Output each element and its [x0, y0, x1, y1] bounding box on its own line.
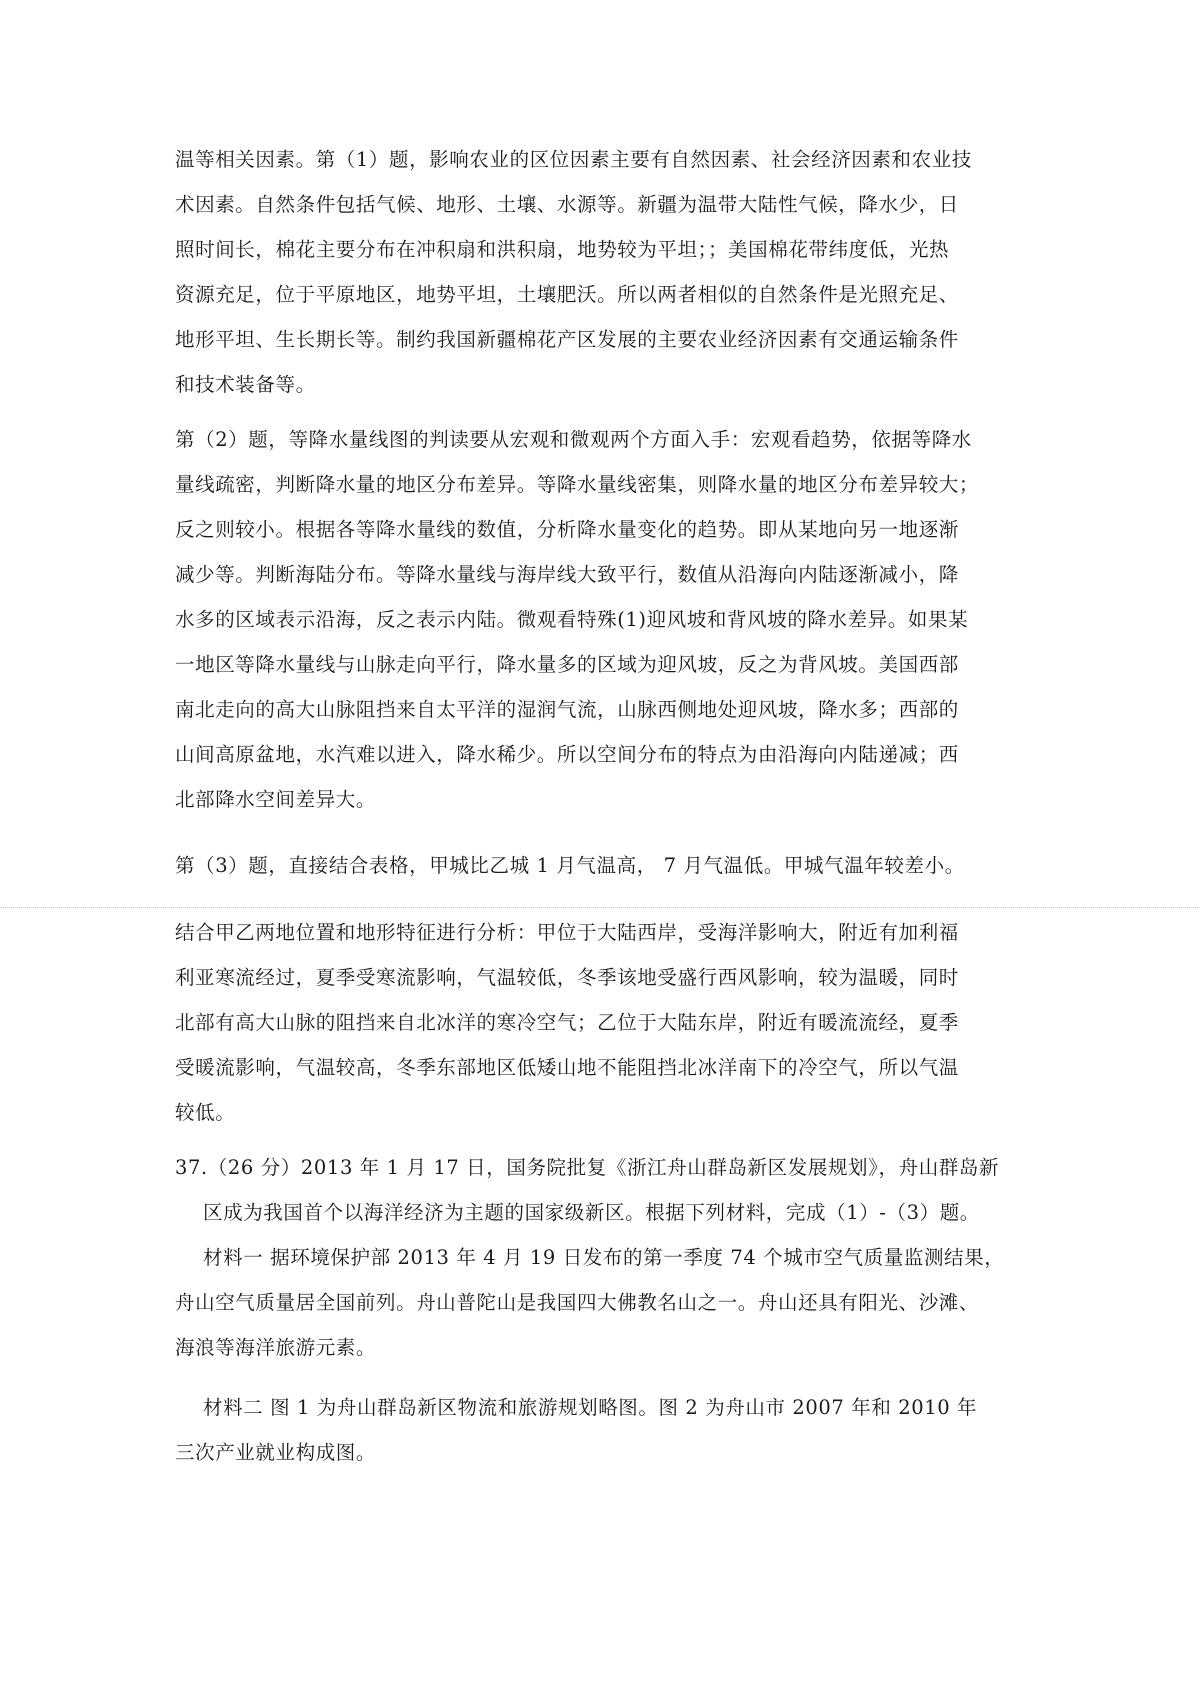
text-line: 材料二 图 1 为舟山群岛新区物流和旅游规划略图。图 2 为舟山市 2007 年… [203, 1395, 977, 1421]
text-line: 水多的区域表示沿海，反之表示内陆。微观看特殊(1)迎风坡和背风坡的降水差异。如果… [175, 607, 968, 633]
text-line: 结合甲乙两地位置和地形特征进行分析：甲位于大陆西岸，受海洋影响大，附近有加利福 [175, 920, 959, 946]
text-line: 山间高原盆地，水汽难以进入，降水稀少。所以空间分布的特点为由沿海向内陆递减；西 [175, 742, 959, 768]
text-line: 量线疏密，判断降水量的地区分布差异。等降水量线密集，则降水量的地区分布差异较大； [175, 472, 979, 498]
text-line: 地形平坦、生长期长等。制约我国新疆棉花产区发展的主要农业经济因素有交通运输条件 [175, 327, 959, 353]
text-line: 三次产业就业构成图。 [175, 1440, 376, 1466]
text-line: 舟山空气质量居全国前列。舟山普陀山是我国四大佛教名山之一。舟山还具有阳光、沙滩、 [175, 1290, 979, 1316]
text-line: 材料一 据环境保护部 2013 年 4 月 19 日发布的第一季度 74 个城市… [203, 1245, 1004, 1271]
text-line: 和技术装备等。 [175, 372, 316, 398]
text-line: 资源充足，位于平原地区，地势平坦，土壤肥沃。所以两者相似的自然条件是光照充足、 [175, 282, 959, 308]
text-line: 减少等。判断海陆分布。等降水量线与海岸线大致平行，数值从沿海向内陆逐渐减小，降 [175, 562, 959, 588]
text-line: 受暖流影响，气温较高，冬季东部地区低矮山地不能阻挡北冰洋南下的冷空气，所以气温 [175, 1055, 959, 1081]
text-line: 照时间长，棉花主要分布在冲积扇和洪积扇，地势较为平坦；；美国棉花带纬度低，光热 [175, 237, 949, 263]
text-line: 较低。 [175, 1100, 235, 1126]
text-line: 第（3）题，直接结合表格，甲城比乙城 1 月气温高， 7 月气温低。甲城气温年较… [175, 853, 965, 879]
page-break-divider [0, 907, 1200, 908]
text-line: 术因素。自然条件包括气候、地形、土壤、水源等。新疆为温带大陆性气候，降水少，日 [175, 192, 959, 218]
question-stem: 37.（26 分）2013 年 1 月 17 日，国务院批复《浙江舟山群岛新区发… [175, 1155, 999, 1181]
text-line: 反之则较小。根据各等降水量线的数值，分析降水量变化的趋势。即从某地向另一地逐渐 [175, 517, 959, 543]
text-line: 北部降水空间差异大。 [175, 787, 376, 813]
text-line: 温等相关因素。第（1）题，影响农业的区位因素主要有自然因素、社会经济因素和农业技 [175, 147, 972, 173]
question-stem: 区成为我国首个以海洋经济为主题的国家级新区。根据下列材料，完成（1）-（3）题。 [203, 1200, 980, 1226]
text-line: 南北走向的高大山脉阻挡来自太平洋的湿润气流，山脉西侧地处迎风坡，降水多；西部的 [175, 697, 959, 723]
text-line: 第（2）题，等降水量线图的判读要从宏观和微观两个方面入手：宏观看趋势，依据等降水 [175, 427, 972, 453]
text-line: 北部有高大山脉的阻挡来自北冰洋的寒冷空气；乙位于大陆东岸，附近有暖流流经，夏季 [175, 1010, 959, 1036]
text-line: 利亚寒流经过，夏季受寒流影响，气温较低，冬季该地受盛行西风影响，较为温暖，同时 [175, 965, 959, 991]
text-line: 海浪等海洋旅游元素。 [175, 1335, 376, 1361]
text-line: 一地区等降水量线与山脉走向平行，降水量多的区域为迎风坡，反之为背风坡。美国西部 [175, 652, 959, 678]
